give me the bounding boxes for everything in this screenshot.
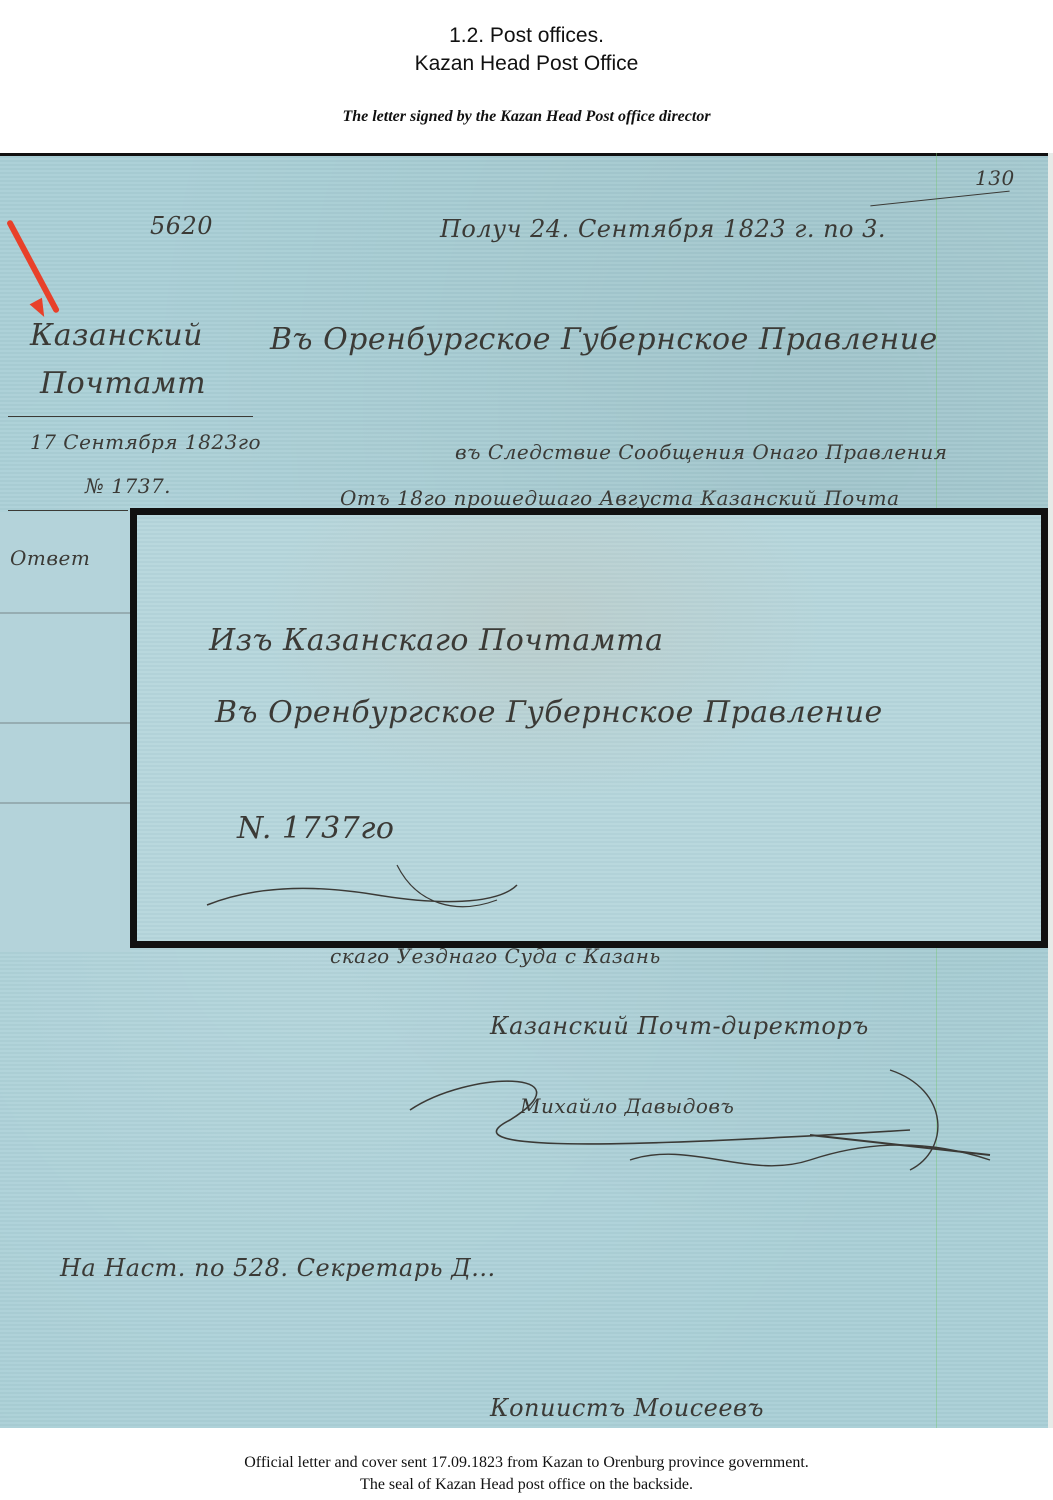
item-description: The letter signed by the Kazan Head Post…	[0, 108, 1053, 126]
signature-title: Казанский Почт-директоръ	[490, 1012, 869, 1040]
registration-note: На Наст. по 528. Секретарь Д...	[60, 1254, 496, 1282]
sender-number-divider	[8, 510, 128, 511]
caption-line2: The seal of Kazan Head post office on th…	[0, 1474, 1053, 1496]
sender-number: № 1737.	[85, 474, 171, 498]
cover-number: N. 1737го	[237, 811, 394, 846]
envelope-cover: Изъ Казанскаго Почтамта Въ Оренбургское …	[130, 508, 1048, 948]
received-date-line: Получ 24. Сентября 1823 г. по 3.	[440, 215, 886, 243]
letter-body-line3: скаго Уезднаго Суда с Казань	[330, 944, 661, 968]
copyist-line: Копиистъ Моисеевъ	[490, 1394, 764, 1422]
page-subtitle-heading: Kazan Head Post Office	[0, 50, 1053, 78]
sender-office-line1: Казанский	[30, 318, 203, 353]
cover-flourish-icon	[197, 845, 537, 925]
sender-date: 17 Сентября 1823го	[30, 430, 261, 454]
figure-caption: Official letter and cover sent 17.09.182…	[0, 1452, 1053, 1496]
fold-crease	[0, 722, 130, 724]
caption-line1: Official letter and cover sent 17.09.182…	[0, 1452, 1053, 1474]
signature-flourish-icon	[390, 1050, 1010, 1200]
sheet-edge	[1048, 153, 1053, 1428]
fold-crease	[0, 612, 130, 614]
letter-body-line2: Отъ 18го прошедшаго Августа Казанский По…	[340, 486, 900, 510]
letter-fold-left	[0, 512, 130, 952]
cover-from-line: Изъ Казанскаго Почтамта	[209, 623, 663, 658]
archive-number: 5620	[150, 212, 213, 240]
folio-number: 130	[975, 166, 1015, 190]
cover-to-line: Въ Оренбургское Губернское Правление	[215, 695, 883, 730]
letter-body-line1: въ Следствие Сообщения Онаго Правления	[455, 440, 948, 464]
left-margin-word: Ответ	[10, 546, 90, 570]
addressee-line: Въ Оренбургское Губернское Правление	[270, 322, 938, 357]
page-title: 1.2. Post offices.	[0, 22, 1053, 50]
page-header: 1.2. Post offices. Kazan Head Post Offic…	[0, 22, 1053, 78]
sender-office-line2: Почтамт	[40, 366, 206, 401]
fold-crease	[0, 802, 130, 804]
sender-divider	[8, 416, 253, 417]
